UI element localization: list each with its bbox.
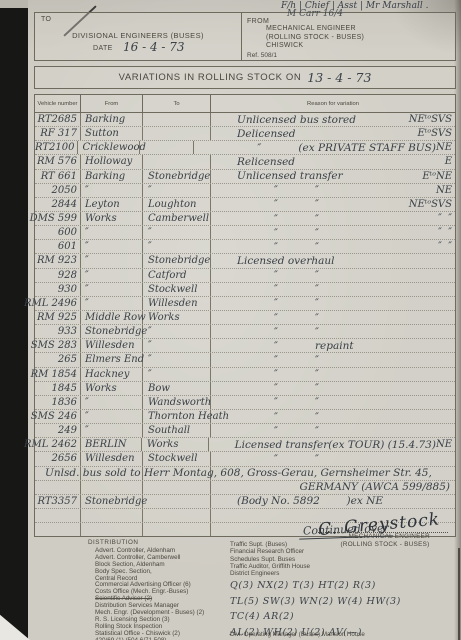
reason-text: ″ — [237, 382, 315, 394]
vehicle-number-cell — [35, 481, 81, 494]
reason-text: Delicensed — [237, 128, 315, 140]
reason-detail: ″ — [315, 326, 319, 338]
from-location: ″ — [81, 410, 143, 423]
distribution-item: Traffic Supt. (Buses) — [230, 541, 310, 548]
col-header-from: From — [81, 95, 143, 112]
vehicle-number: SMS 246 — [35, 410, 81, 423]
reason-cell: ″″ — [211, 452, 455, 465]
reason-cell: ″″ — [211, 382, 455, 395]
vehicle-number: 265 — [35, 353, 81, 366]
vehicle-number: 2844 — [35, 198, 81, 211]
to-location: Stonebridge — [143, 254, 211, 267]
col-header-reason: Reason for variation — [211, 95, 455, 112]
scanned-form-page: F/h | Chief | Asst | Mr Marshall . M Car… — [0, 0, 461, 640]
table-row: RF 317SuttonDelicensedEᵗᵒSVS — [35, 127, 455, 141]
date-handwritten: 16 - 4 - 73 — [123, 40, 185, 54]
to-cell — [143, 481, 211, 494]
from-line: CHISWICK — [266, 42, 364, 51]
form-title-date: 13 - 4 - 73 — [307, 70, 371, 85]
reason-detail: ″ — [315, 453, 319, 465]
reason-text: ″ — [237, 368, 315, 380]
to-location: Loughton — [143, 198, 211, 211]
title-bar: VARIATIONS IN ROLLING STOCK ON 13 - 4 - … — [34, 66, 456, 89]
reason-cell: ″″ — [211, 368, 455, 381]
table-row: RM 923″StonebridgeLicensed overhaul — [35, 254, 455, 268]
to-location: Stockwell — [143, 283, 211, 296]
reason-cell: ″″ — [211, 410, 455, 423]
table-row: Unlsd. bus sold to Herr Montag, 608, Gro… — [35, 467, 455, 481]
from-location: Willesden — [81, 339, 143, 352]
from-location: Cricklewood — [78, 141, 140, 154]
col-header-to: To — [143, 95, 211, 112]
from-location: ″ — [81, 226, 143, 239]
reason-detail: ″ — [315, 198, 319, 210]
variations-table: Vehicle number From To Reason for variat… — [34, 94, 456, 537]
to-value: DIVISIONAL ENGINEERS (BUSES) — [35, 31, 241, 40]
vehicle-number: 928 — [35, 269, 81, 282]
table-row: RML 2462BERLINWorksLicensed transfer(ex … — [35, 438, 455, 452]
from-location: Elmers End — [81, 353, 143, 366]
from-location: ″ — [81, 283, 143, 296]
reason-cell: Licensed transfer(ex TOUR) (15.4.73)NE — [209, 438, 455, 451]
vehicle-number: 600 — [35, 226, 81, 239]
license-code: NEᵗᵒSVS — [409, 114, 455, 125]
table-row: RT 661BarkingStonebridgeUnlicensed trans… — [35, 170, 455, 184]
from-location: ″ — [81, 240, 143, 253]
table-row: 930″Stockwell″″ — [35, 283, 455, 297]
to-location — [140, 141, 194, 154]
reason-cell: Licensed overhaul — [211, 254, 455, 267]
from-location: Barking — [81, 170, 143, 183]
table-row: SMS 246″Thornton Heath″″ — [35, 410, 455, 424]
reason-detail: ″ — [315, 425, 319, 437]
garage-code-line: TC(4) AR(2) — [230, 611, 401, 627]
reason-cell: ″″ — [211, 325, 455, 338]
reason-text: ″ — [237, 312, 315, 324]
from-location: ″ — [81, 424, 143, 437]
to-location: Works — [143, 311, 211, 324]
license-code: EᵗᵒNE — [422, 171, 455, 182]
reason-cell: Unlicensed bus storedNEᵗᵒSVS — [211, 113, 455, 126]
reason-detail: ″ — [315, 241, 319, 253]
from-label: FROM — [247, 18, 269, 25]
to-location — [143, 155, 211, 168]
reason-cell: ″″ — [211, 353, 455, 366]
reason-detail: ″ — [315, 382, 319, 394]
from-location: Leyton — [81, 198, 143, 211]
reason-cell: ″″ — [211, 269, 455, 282]
reason-text: ″ — [237, 396, 315, 408]
signature-block: C. Greystock — MECHANICAL ENGINEER (ROLL… — [318, 514, 458, 548]
reason-detail: ″ — [315, 312, 319, 324]
from-location: Middle Row — [81, 311, 143, 324]
to-location: Stonebridge — [143, 170, 211, 183]
col-header-vehicle-number: Vehicle number — [35, 95, 81, 112]
reason-cell: ″″ — [211, 283, 455, 296]
reason-text: ″ — [237, 269, 315, 281]
table-row: DMS 599WorksCamberwell″″″ ″ — [35, 212, 455, 226]
to-location: ″ — [143, 226, 211, 239]
from-location: Works — [81, 382, 143, 395]
to-location: Thornton Heath — [143, 410, 211, 423]
to-location: Willesden — [143, 297, 211, 310]
to-location — [143, 509, 211, 522]
table-row: SMS 283Willesden″″repaint — [35, 339, 455, 353]
vehicle-number: RML 2462 — [35, 438, 81, 451]
vehicle-number: 1836 — [35, 396, 81, 409]
date-label: DATE — [93, 45, 113, 52]
reason-cell: RelicensedE — [211, 155, 455, 168]
from-location: ″ — [81, 269, 143, 282]
table-row: RM 925Middle RowWorks″″ — [35, 311, 455, 325]
reason-cell: ″(ex PRIVATE STAFF BUS)NE — [194, 141, 455, 154]
reason-text: ″ — [237, 326, 315, 338]
from-location: Holloway — [81, 155, 143, 168]
distribution-title: DISTRIBUTION — [88, 540, 238, 547]
vehicle-number: 249 — [35, 424, 81, 437]
license-code: ″ ″ — [438, 241, 455, 252]
vehicle-number: RM 925 — [35, 311, 81, 324]
reason-cell: ″″ — [211, 424, 455, 437]
from-location: Works — [81, 212, 143, 225]
license-code: E — [445, 156, 455, 167]
reason-text: ″ — [237, 241, 315, 253]
reason-detail: repaint — [315, 340, 354, 352]
from-location: Hackney — [81, 368, 143, 381]
vehicle-number: 601 — [35, 240, 81, 253]
reason-text: ″ — [237, 227, 315, 239]
license-code: NE — [436, 439, 455, 450]
address-header-box: TO DIVISIONAL ENGINEERS (BUSES) DATE 16 … — [34, 12, 456, 61]
reason-detail: ″ — [315, 396, 319, 408]
to-location: ″ — [143, 240, 211, 253]
routing-annotation-line2: M Carr 16/4 — [287, 9, 343, 19]
table-row: 2844LeytonLoughton″″NEᵗᵒSVS — [35, 198, 455, 212]
reason-detail: ″ — [315, 184, 319, 196]
reason-text: ″ — [237, 425, 315, 437]
license-code: ″ ″ — [438, 213, 455, 224]
from-location: Sutton — [81, 127, 143, 140]
reason-detail: ″ — [315, 269, 319, 281]
from-location: Barking — [81, 113, 143, 126]
reason-detail: ″ — [315, 368, 319, 380]
from-location — [81, 509, 143, 522]
distribution-item: Traffic Auditor, Griffith House — [230, 563, 310, 570]
to-location: ″ — [143, 353, 211, 366]
reason-detail: ″ — [315, 297, 319, 309]
table-row: RT3357Stonebridge(Body No. 5892 )ex NE — [35, 495, 455, 509]
vehicle-number: 930 — [35, 283, 81, 296]
to-location — [143, 127, 211, 140]
vehicle-number: RM 923 — [35, 254, 81, 267]
vehicle-number: DMS 599 — [35, 212, 81, 225]
reason-detail: ″ — [315, 227, 319, 239]
reason-text: Licensed transfer — [235, 439, 329, 451]
from-location: Stonebridge — [81, 325, 143, 338]
to-location: Southall — [143, 424, 211, 437]
reason-text: ″ — [220, 142, 298, 154]
table-row: 265Elmers End″″″ — [35, 353, 455, 367]
to-location: ″ — [143, 368, 211, 381]
to-location: Works — [142, 438, 209, 451]
vehicle-number: RM 576 — [35, 155, 81, 168]
to-location: Bow — [143, 382, 211, 395]
reason-cell: ″″NE — [211, 184, 455, 197]
table-header-row: Vehicle number From To Reason for variat… — [35, 95, 455, 113]
reason-detail: ″ — [315, 213, 319, 225]
to-location: Stockwell — [143, 452, 211, 465]
reason-text: ″ — [237, 297, 315, 309]
form-title: VARIATIONS IN ROLLING STOCK ON — [119, 72, 302, 83]
reason-detail: ″ — [315, 283, 319, 295]
table-row: 1845WorksBow″″ — [35, 382, 455, 396]
to-location: Wandsworth — [143, 396, 211, 409]
table-row: 2050″″″″NE — [35, 184, 455, 198]
from-location: ″ — [81, 254, 143, 267]
scan-edge-top — [0, 0, 28, 8]
reason-cell: (Body No. 5892 )ex NE — [211, 495, 455, 508]
reason-cell: ″″″ ″ — [211, 212, 455, 225]
reason-detail: (ex TOUR) (15.4.73) — [328, 439, 436, 451]
from-line: (ROLLING STOCK - BUSES) — [266, 34, 364, 43]
vehicle-number: RF 317 — [35, 127, 81, 140]
to-location — [143, 495, 211, 508]
table-row: GERMANY (AWCA 599/885) — [35, 481, 455, 495]
from-location: Willesden — [81, 452, 143, 465]
routing-annotation: F/h | Chief | Asst | Mr Marshall . M Car… — [281, 1, 428, 11]
reason-text: ″ — [237, 283, 315, 295]
from-address: MECHANICAL ENGINEER (ROLLING STOCK - BUS… — [266, 25, 364, 51]
table-row: RML 2496″Willesden″″ — [35, 297, 455, 311]
table-row: 600″″″″″ ″ — [35, 226, 455, 240]
ref-number: Ref. 508/1 — [247, 52, 277, 59]
from-cell: FROM MECHANICAL ENGINEER (ROLLING STOCK … — [242, 13, 455, 60]
reason-cell: Unlicensed transferEᵗᵒNE — [211, 170, 455, 183]
vehicle-number-cell — [35, 523, 81, 536]
table-row: RM 576HollowayRelicensedE — [35, 155, 455, 169]
table-row: 1836″Wandsworth″″ — [35, 396, 455, 410]
table-row: 2656WillesdenStockwell″″ — [35, 452, 455, 466]
reason-cell: ″″ — [211, 311, 455, 324]
distribution-left-column: DISTRIBUTION Advert. Controller, Aldenha… — [88, 540, 238, 640]
vehicle-number: SMS 283 — [35, 339, 81, 352]
reason-text: ″ — [237, 340, 315, 352]
license-code: NE — [436, 185, 455, 196]
to-cell — [143, 523, 211, 536]
distribution-item: Schedules Supt. Buses — [230, 556, 310, 563]
operating-manager-line: Divl. Operating Manager (Buses) Mansion … — [230, 631, 365, 638]
vehicle-number: RT 661 — [35, 170, 81, 183]
to-label: TO — [41, 16, 51, 23]
vehicle-number: 933 — [35, 325, 81, 338]
license-code: NE — [436, 142, 455, 153]
reason-cell: ″″NEᵗᵒSVS — [211, 198, 455, 211]
reason-text: Unlicensed transfer — [237, 170, 343, 182]
garage-code-line: TL(5) SW(3) WN(2) W(4) HW(3) — [230, 596, 401, 612]
to-location: ″ — [143, 184, 211, 197]
reason-detail: (ex PRIVATE STAFF BUS) — [298, 142, 436, 154]
table-row: 928″Catford″″ — [35, 269, 455, 283]
vehicle-number — [35, 509, 81, 522]
from-location: Stonebridge — [81, 495, 143, 508]
reason-detail: ex NE — [351, 495, 383, 507]
table-body: RT2685BarkingUnlicensed bus storedNEᵗᵒSV… — [35, 113, 455, 536]
garage-code-line: Q(3) NX(2) T(3) HT(2) R(3) — [230, 580, 401, 596]
distribution-item: District Engineers — [230, 570, 310, 577]
vehicle-number: RT3357 — [35, 495, 81, 508]
license-code: ″ ″ — [438, 227, 455, 238]
reason-text: ″ — [237, 354, 315, 366]
reason-text: Relicensed — [237, 156, 315, 168]
to-location — [143, 113, 211, 126]
table-row: 601″″″″″ ″ — [35, 240, 455, 254]
table-row: RT2100Cricklewood″(ex PRIVATE STAFF BUS)… — [35, 141, 455, 155]
from-location: BERLIN — [81, 438, 142, 451]
reason-text: ″ — [237, 213, 315, 225]
vehicle-number: 2656 — [35, 452, 81, 465]
reason-cell: ″repaint — [211, 339, 455, 352]
table-row: RT2685BarkingUnlicensed bus storedNEᵗᵒSV… — [35, 113, 455, 127]
reason-text: ″ — [237, 453, 315, 465]
reason-cell: DelicensedEᵗᵒSVS — [211, 127, 455, 140]
reason-text: Licensed overhaul — [237, 255, 334, 267]
from-location: ″ — [81, 297, 143, 310]
license-code: EᵗᵒSVS — [417, 128, 455, 139]
reason-cell: ″″″ ″ — [211, 240, 455, 253]
to-cell: TO DIVISIONAL ENGINEERS (BUSES) DATE 16 … — [35, 13, 242, 60]
to-location: ″ — [143, 339, 211, 352]
reason-cell: ″″ — [211, 396, 455, 409]
to-location: ″ — [143, 325, 211, 338]
reason-text: (Body No. 5892 ) — [237, 495, 351, 507]
scan-right-edge-line — [458, 548, 460, 640]
to-location: Catford — [143, 269, 211, 282]
reason-detail: ″ — [315, 354, 319, 366]
row-note: GERMANY (AWCA 599/885) — [300, 481, 450, 494]
vehicle-number: RML 2496 — [35, 297, 81, 310]
table-row: RM 1854Hackney″″″ — [35, 368, 455, 382]
distribution-mid-column: Traffic Supt. (Buses)Financial Research … — [230, 541, 310, 577]
reason-cell: ″″ — [211, 297, 455, 310]
vehicle-number: RT2100 — [35, 141, 78, 154]
to-location: Camberwell — [143, 212, 211, 225]
signature-caption-dept: (ROLLING STOCK - BUSES) — [318, 541, 452, 549]
license-code: NEᵗᵒSVS — [409, 199, 455, 210]
reason-cell: ″″″ ″ — [211, 226, 455, 239]
reason-text: ″ — [237, 184, 315, 196]
scan-black-edge — [0, 8, 28, 640]
vehicle-number: RT2685 — [35, 113, 81, 126]
from-cell — [81, 481, 143, 494]
vehicle-number: 2050 — [35, 184, 81, 197]
reason-detail: ″ — [315, 411, 319, 423]
table-row: 933Stonebridge″″″ — [35, 325, 455, 339]
vehicle-number: RM 1854 — [35, 368, 81, 381]
from-location: ″ — [81, 184, 143, 197]
reason-text: Unlicensed bus stored — [237, 114, 356, 126]
distribution-section: DISTRIBUTION Advert. Controller, Aldenha… — [34, 540, 454, 640]
reason-text: ″ — [237, 411, 315, 423]
table-row: 249″Southall″″ — [35, 424, 455, 438]
vehicle-number: 1845 — [35, 382, 81, 395]
from-location: ″ — [81, 396, 143, 409]
from-cell — [81, 523, 143, 536]
row-note: Unlsd. bus sold to Herr Montag, 608, Gro… — [45, 467, 432, 480]
reason-text: ″ — [237, 198, 315, 210]
from-line: MECHANICAL ENGINEER — [266, 25, 364, 34]
distribution-item: Financial Research Officer — [230, 548, 310, 555]
